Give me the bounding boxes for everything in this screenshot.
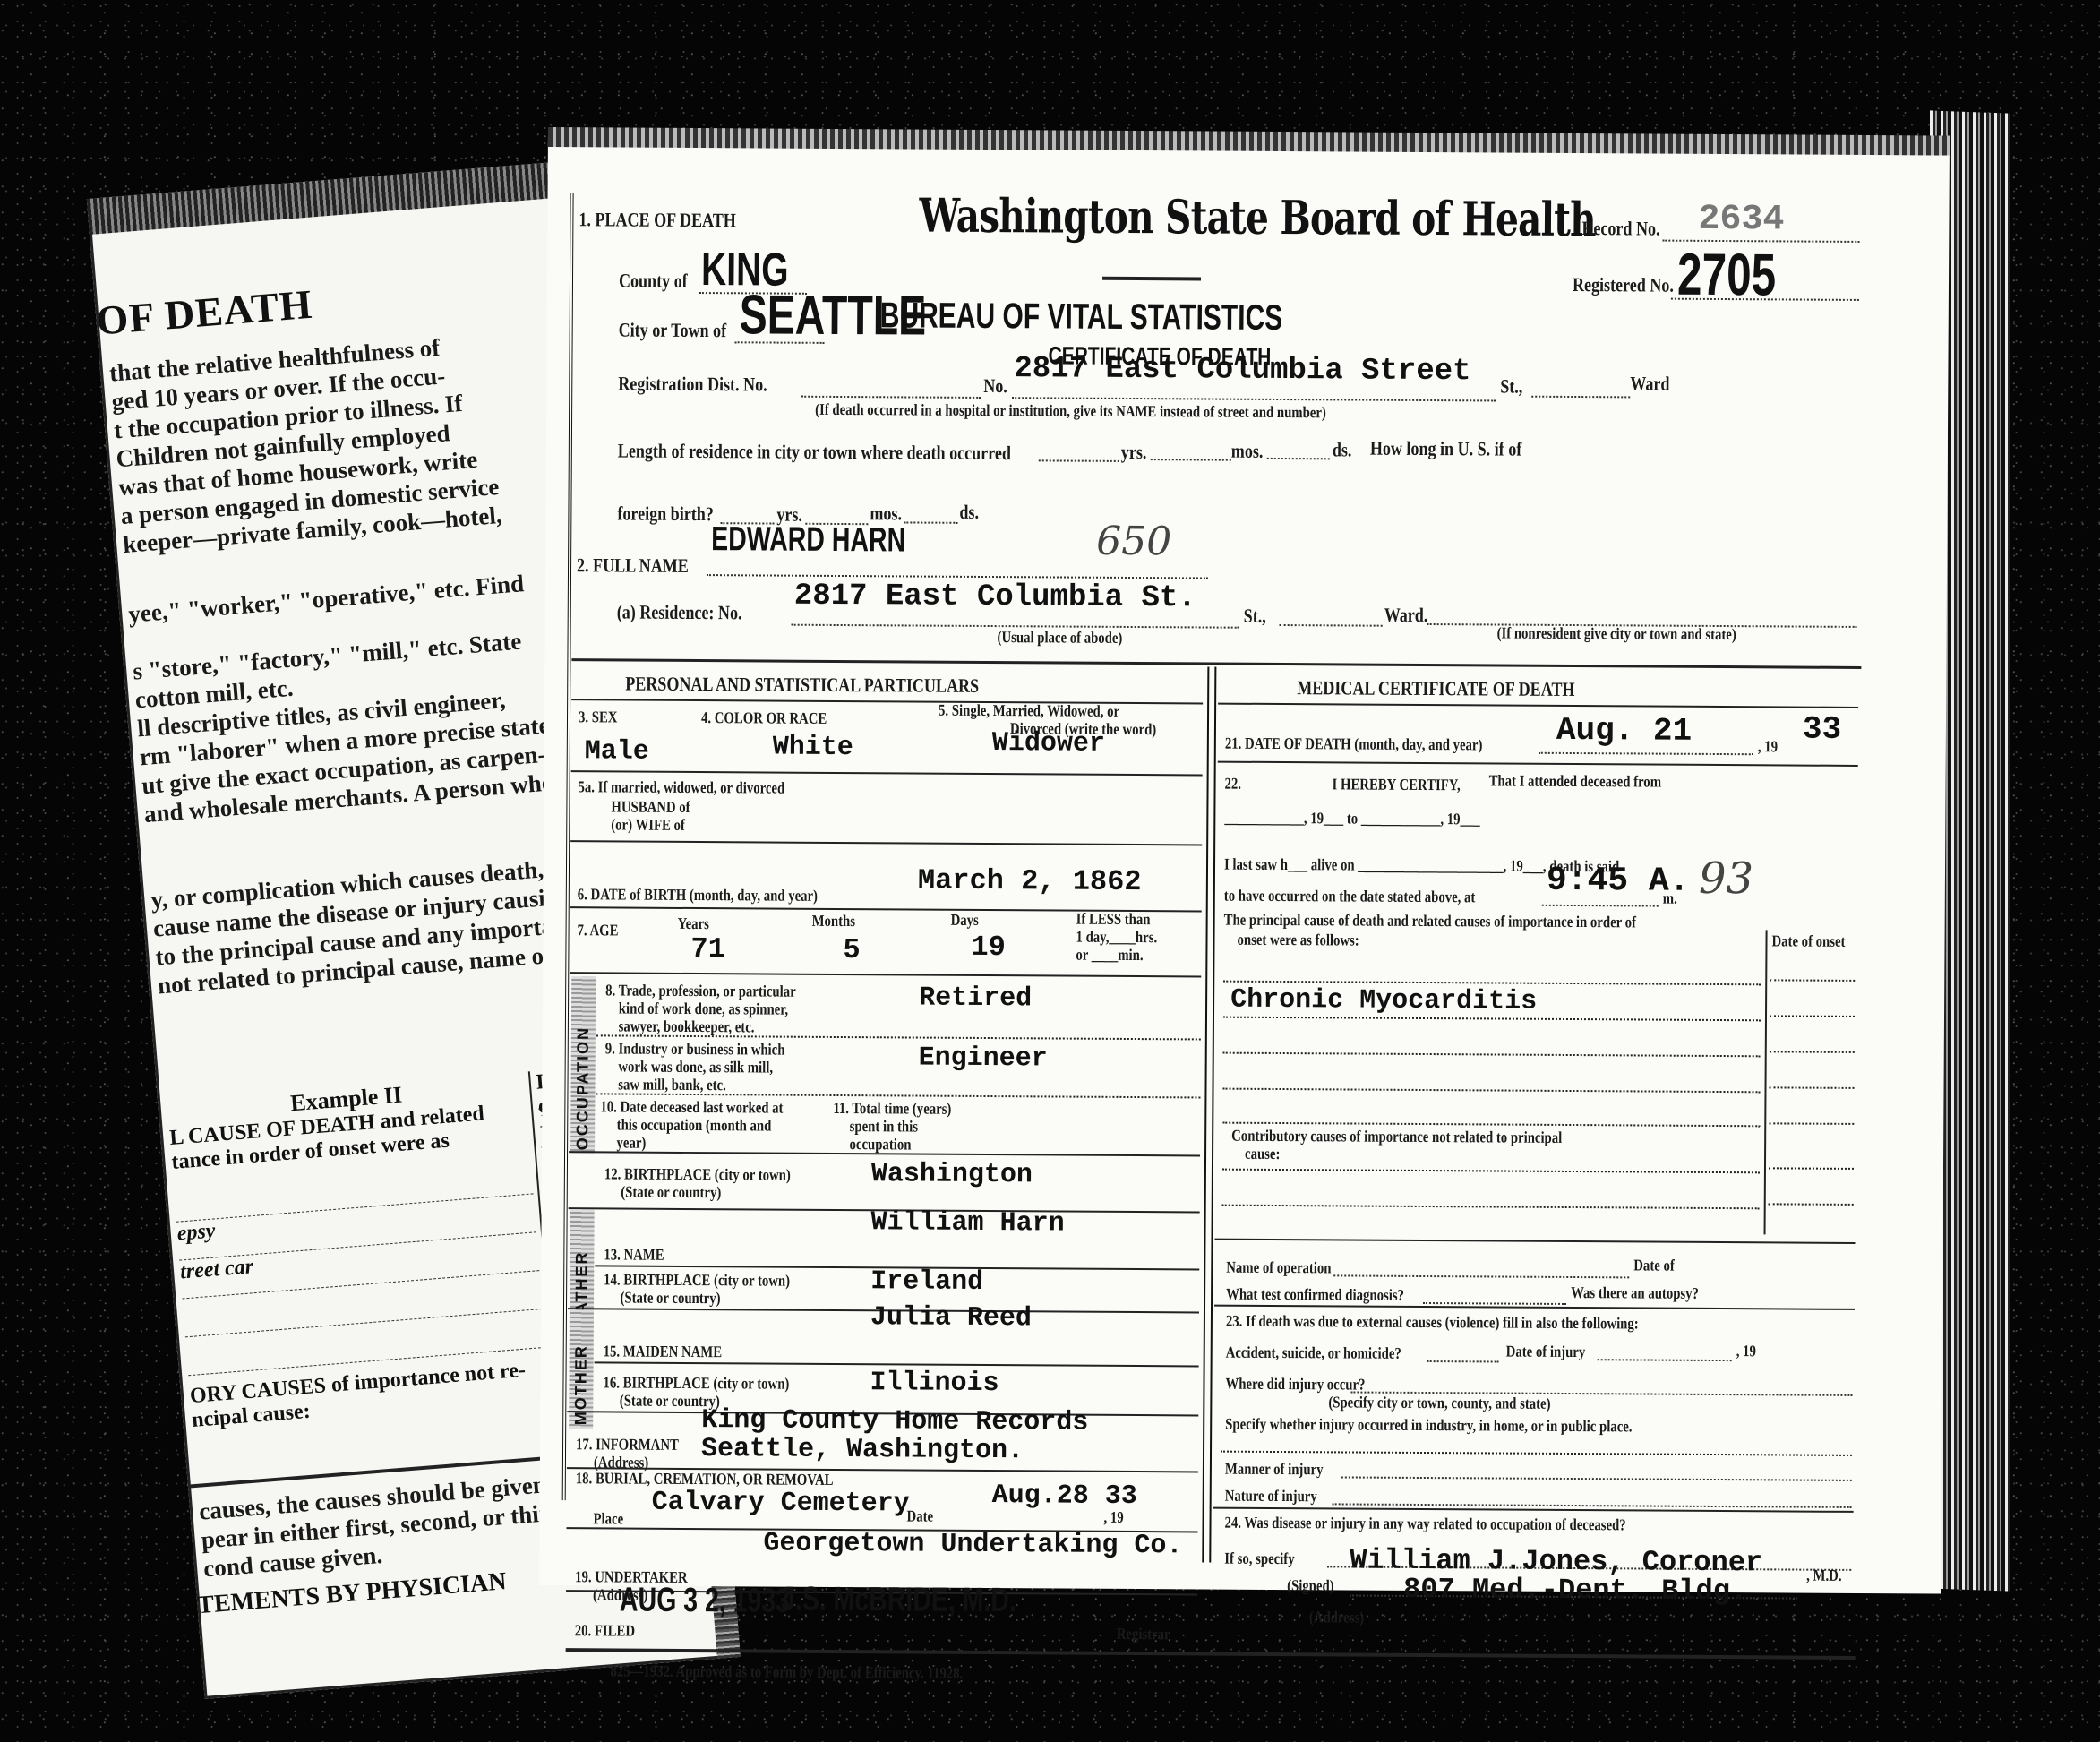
industry-label: 9. Industry or business in which work wa… xyxy=(604,1039,784,1094)
form-approval-note: 825—1932. Approved as to Form by Dept. o… xyxy=(610,1661,963,1682)
dob-value: March 2, 1862 xyxy=(918,864,1142,899)
mos-label: mos. xyxy=(1231,440,1264,463)
father-birthplace: Ireland xyxy=(870,1266,983,1298)
trade-label: 8. Trade, profession, or particular kind… xyxy=(605,981,796,1035)
operation-label: Name of operation xyxy=(1226,1258,1331,1278)
burial-date: Aug.28 33 xyxy=(992,1480,1137,1512)
accident-label: Accident, suicide, or homicide? xyxy=(1226,1343,1401,1363)
abode-note: (Usual place of abode) xyxy=(998,628,1123,648)
st-label: St., xyxy=(1500,375,1522,399)
ds-label: ds. xyxy=(959,501,979,524)
age-years: 71 xyxy=(690,932,725,965)
spouse-label-2: HUSBAND of xyxy=(611,797,690,817)
spouse-label-1: 5a. If married, widowed, or divorced xyxy=(578,777,784,797)
manner-of-injury-label: Manner of injury xyxy=(1225,1460,1324,1480)
medical-section-title: MEDICAL CERTIFICATE OF DEATH xyxy=(1297,676,1574,701)
months-label: Months xyxy=(812,912,856,931)
injury-place-type-label: Specify whether injury occurred in indus… xyxy=(1225,1415,1632,1437)
years-label: Years xyxy=(678,914,709,933)
age-days: 19 xyxy=(971,931,1006,964)
birthplace-label: 12. BIRTHPLACE (city or town) (State or … xyxy=(604,1164,791,1201)
maiden-name-label: 15. MAIDEN NAME xyxy=(604,1342,723,1361)
autopsy-label: Was there an autopsy? xyxy=(1571,1283,1699,1303)
days-label: Days xyxy=(951,911,979,930)
age-months: 5 xyxy=(843,933,860,966)
full-name: EDWARD HARN xyxy=(711,520,905,560)
filed-date: AUG 3 2, 1933 xyxy=(620,1582,790,1621)
ward-label: Ward xyxy=(1630,372,1669,395)
less-than-label: If LESS than xyxy=(1076,910,1151,930)
time-occurred-label: to have occurred on the date stated abov… xyxy=(1224,887,1476,907)
board-title: Washington State Board of Health xyxy=(919,189,1596,248)
onset-header: Date of onset xyxy=(1771,931,1845,951)
informant-name: King County Home Records xyxy=(701,1405,1088,1438)
marital-label-1: 5. Single, Married, Widowed, or xyxy=(939,701,1119,721)
death-address: 2817 East Columbia Street xyxy=(1014,352,1470,389)
father-name: William Harn xyxy=(870,1207,1064,1239)
informant-address: Seattle, Washington. xyxy=(701,1434,1024,1466)
hospital-note: (If death occurred in a hospital or inst… xyxy=(815,400,1326,422)
date-of-death: Aug. 21 xyxy=(1556,712,1692,750)
certify-text: That I attended deceased from xyxy=(1489,771,1662,791)
external-causes-label: 23. If death was due to external causes … xyxy=(1226,1312,1639,1334)
sex-value: Male xyxy=(585,736,649,767)
if-so-specify-label: If so, specify xyxy=(1224,1549,1294,1568)
registrar-signature: J.S. McBRIDE, M.D. xyxy=(781,1581,1016,1621)
registrar-label: Registrar xyxy=(1117,1625,1170,1643)
principal-cause: Chronic Myocarditis xyxy=(1230,985,1537,1017)
certify-heading: I HEREBY CERTIFY, xyxy=(1333,775,1461,794)
nature-of-injury-label: Nature of injury xyxy=(1225,1487,1317,1506)
am-pm-label: m. xyxy=(1663,889,1677,908)
last-worked-label: 10. Date deceased last worked at this oc… xyxy=(600,1097,784,1152)
diagnosis-test-label: What test confirmed diagnosis? xyxy=(1226,1285,1404,1305)
dob-label: 6. DATE of BIRTH (month, day, and year) xyxy=(578,885,818,905)
marital-status-value: Widower xyxy=(992,728,1105,759)
record-no-label: Record No. xyxy=(1581,217,1659,241)
ward-label: Ward. xyxy=(1384,604,1428,627)
city-label: City or Town of xyxy=(619,318,727,342)
undertaker-name: Georgetown Undertaking Co. xyxy=(763,1528,1182,1561)
race-label: 4. COLOR OR RACE xyxy=(701,708,827,728)
less-than-min: or ____min. xyxy=(1076,946,1143,965)
residence-length-label: Length of residence in city or town wher… xyxy=(618,439,1011,465)
sex-label: 3. SEX xyxy=(579,708,618,726)
residence-label: (a) Residence: No. xyxy=(617,600,742,624)
number-label: No. xyxy=(983,374,1007,398)
mother-birthplace-label: 16. BIRTHPLACE (city or town) (State or … xyxy=(603,1373,789,1410)
coroner-address: 807 Med.-Dent. Bldg. xyxy=(1403,1573,1747,1608)
certify-number: 22. xyxy=(1225,775,1242,794)
burial-year-prefix: , 19 xyxy=(1104,1508,1124,1527)
county-label: County of xyxy=(619,269,688,292)
attendance-dates: ____________, 19___ to ____________, 19_… xyxy=(1224,809,1479,829)
residence-address: 2817 East Columbia St. xyxy=(794,579,1196,616)
burial-place-label: Place xyxy=(593,1509,623,1528)
total-time-label: 11. Total time (years) spent in this occ… xyxy=(833,1099,951,1154)
st-label: St., xyxy=(1244,605,1266,628)
contributory-label-1: Contributory causes of importance not re… xyxy=(1231,1127,1562,1147)
injury-date-label: Date of injury xyxy=(1506,1343,1586,1362)
death-certificate: 1. PLACE OF DEATH Washington State Board… xyxy=(539,134,1950,1594)
how-long-in-us-label: How long in U. S. if of xyxy=(1370,437,1522,461)
burial-label: 18. BURIAL, CREMATION, OR REMOVAL xyxy=(576,1469,834,1489)
age-label: 7. AGE xyxy=(578,921,619,940)
informant-label: 17. INFORMANT xyxy=(576,1435,679,1455)
ds-label: ds. xyxy=(1333,438,1352,461)
md-label: , M.D. xyxy=(1806,1566,1841,1585)
foreign-birth-label: foreign birth? xyxy=(617,502,714,526)
filed-label: 20. FILED xyxy=(575,1621,635,1640)
full-name-label: 2. FULL NAME xyxy=(577,553,689,578)
handwritten-annotation: 650 xyxy=(1096,519,1171,565)
instructions-title: OF DEATH xyxy=(94,280,313,345)
coroner-address-label: (Address) xyxy=(1309,1608,1364,1626)
occupation-related-label: 24. Was disease or injury in any way rel… xyxy=(1224,1514,1625,1535)
burial-date-label: Date xyxy=(907,1506,934,1525)
bureau-title: BUREAU OF VITAL STATISTICS xyxy=(880,296,1283,339)
date-of-death-label: 21. DATE OF DEATH (month, day, and year) xyxy=(1225,734,1483,755)
injury-location-label: Where did injury occur? xyxy=(1225,1375,1365,1394)
mother-birthplace: Illinois xyxy=(870,1368,999,1399)
registered-no: 2705 xyxy=(1677,240,1777,309)
industry-value: Engineer xyxy=(919,1043,1048,1075)
trade-value: Retired xyxy=(919,983,1032,1015)
yrs-label: yrs. xyxy=(1121,441,1147,464)
death-year-prefix: , 19 xyxy=(1758,737,1778,756)
cause-intro-2: onset were as follows: xyxy=(1237,931,1359,950)
death-year: 33 xyxy=(1803,711,1841,748)
personal-section-title: PERSONAL AND STATISTICAL PARTICULARS xyxy=(625,673,979,698)
less-than-hrs: 1 day,____hrs. xyxy=(1076,928,1157,948)
operation-date-label: Date of xyxy=(1633,1256,1675,1274)
spouse-label-3: (or) WIFE of xyxy=(611,815,685,835)
signed-label: (Signed) xyxy=(1287,1576,1334,1595)
father-name-label: 13. NAME xyxy=(604,1245,664,1264)
father-birthplace-label: 14. BIRTHPLACE (city or town) (State or … xyxy=(604,1270,790,1307)
birthplace-value: Washington xyxy=(871,1159,1033,1190)
injury-location-note: (Specify city or town, county, and state… xyxy=(1328,1393,1550,1413)
race-value: White xyxy=(773,733,853,764)
record-no: 2634 xyxy=(1698,200,1784,241)
place-of-death-label: 1. PLACE OF DEATH xyxy=(579,208,736,232)
registration-district-label: Registration Dist. No. xyxy=(618,372,767,396)
handwritten-note: 93 xyxy=(1699,854,1753,904)
occupation-side-label: OCCUPATION xyxy=(570,976,596,1154)
contributory-label-2: cause: xyxy=(1245,1145,1280,1163)
injury-year-prefix: , 19 xyxy=(1736,1342,1756,1360)
registered-no-label: Registered No. xyxy=(1573,273,1674,297)
mother-maiden-name: Julia Reed xyxy=(870,1302,1032,1334)
nonresident-note: (If nonresident give city or town and st… xyxy=(1497,623,1736,644)
cause-intro-1: The principal cause of death and related… xyxy=(1224,911,1636,932)
burial-place: Calvary Cemetery xyxy=(652,1488,910,1520)
